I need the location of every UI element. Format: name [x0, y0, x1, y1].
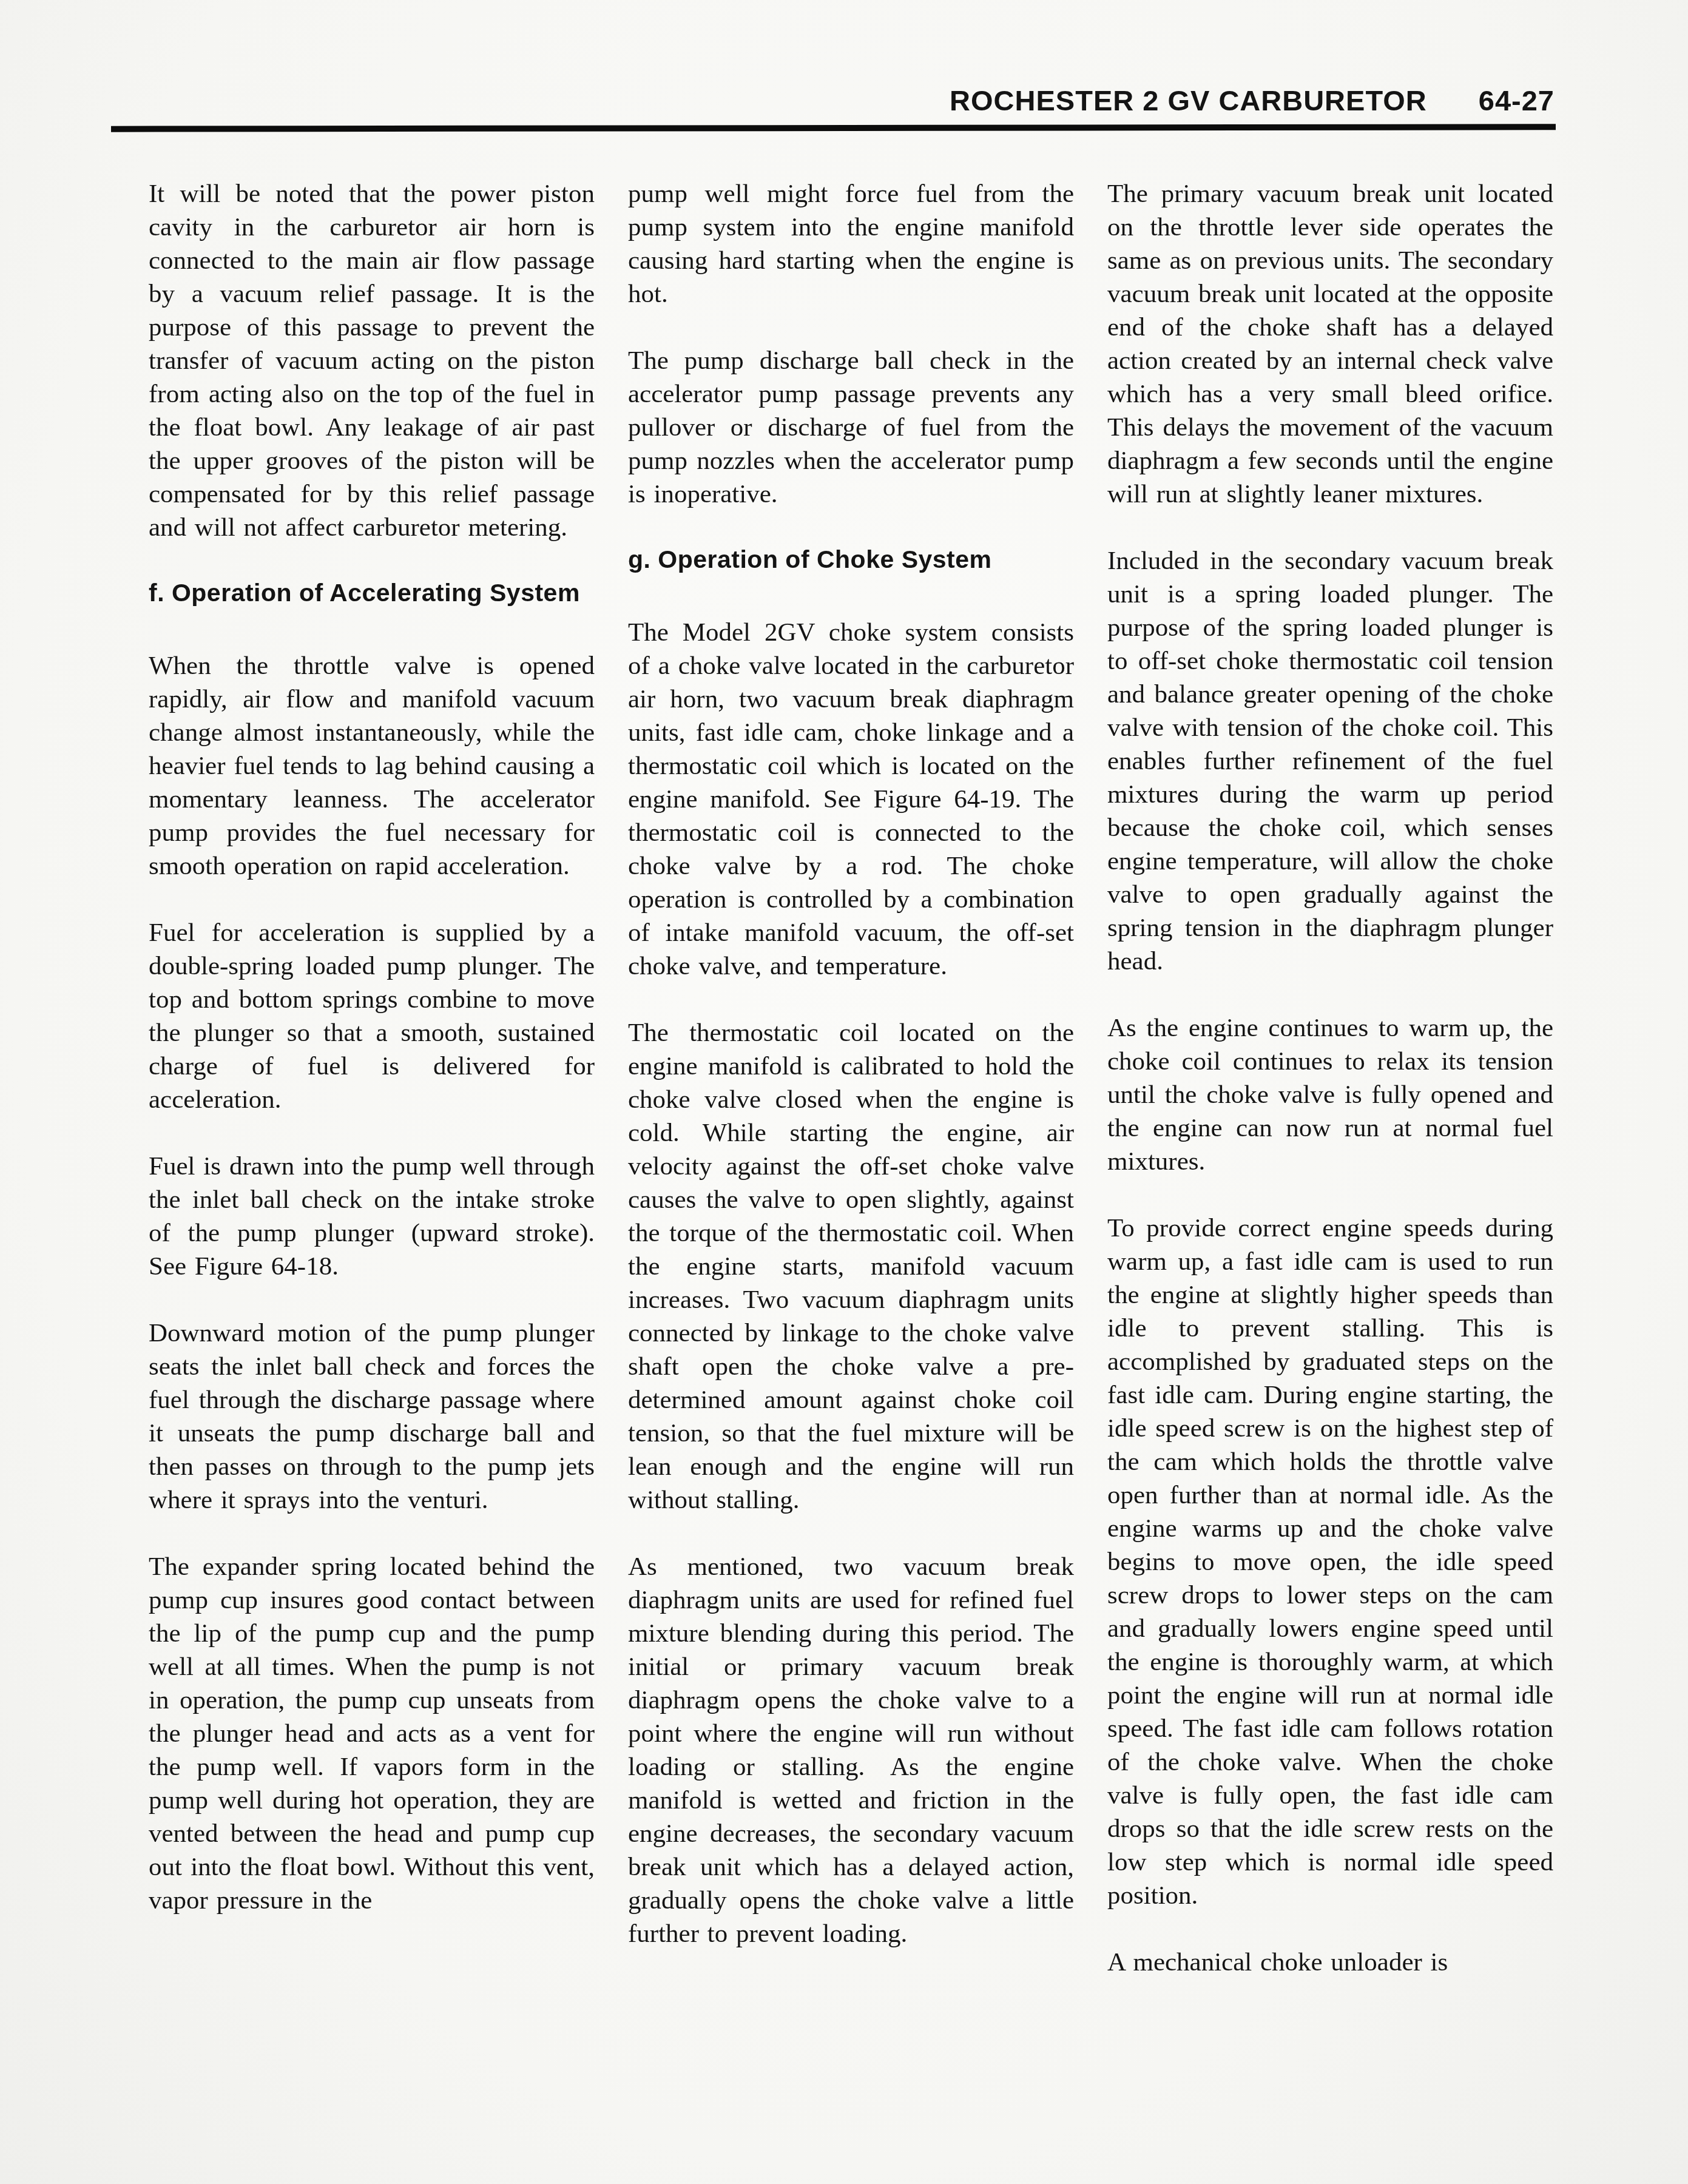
paragraph: A mechanical choke unloader is — [1107, 1946, 1553, 1979]
section-heading-accelerating-system: f. Operation of Accelerating System — [149, 578, 595, 608]
column-center: pump well might force fuel from the pump… — [628, 177, 1074, 1979]
text-columns: It will be noted that the power piston c… — [149, 177, 1553, 1979]
paragraph: Fuel for acceleration is supplied by a d… — [149, 916, 595, 1116]
header-title: ROCHESTER 2 GV CARBURETOR — [950, 84, 1427, 117]
paragraph: To provide correct engine speeds during … — [1107, 1212, 1553, 1912]
page-header: ROCHESTER 2 GV CARBURETOR 64-27 — [112, 84, 1555, 117]
paragraph: The Model 2GV choke system consists of a… — [628, 616, 1074, 983]
paragraph: It will be noted that the power piston c… — [149, 177, 595, 544]
paragraph: The thermostatic coil located on the eng… — [628, 1016, 1074, 1517]
paragraph: Downward motion of the pump plunger seat… — [149, 1316, 595, 1517]
header-rule — [111, 124, 1556, 132]
paragraph: The primary vacuum break unit located on… — [1107, 177, 1553, 511]
paragraph: The expander spring located behind the p… — [149, 1550, 595, 1917]
paragraph: Fuel is drawn into the pump well through… — [149, 1150, 595, 1283]
column-right: The primary vacuum break unit located on… — [1107, 177, 1553, 1979]
paragraph: As the engine continues to warm up, the … — [1107, 1011, 1553, 1178]
section-heading-choke-system: g. Operation of Choke System — [628, 544, 1074, 575]
paragraph: When the throttle valve is opened rapidl… — [149, 649, 595, 883]
column-left: It will be noted that the power piston c… — [149, 177, 595, 1979]
header-page-number: 64-27 — [1479, 84, 1555, 117]
paragraph: Included in the secondary vacuum break u… — [1107, 544, 1553, 978]
paragraph: The pump discharge ball check in the acc… — [628, 344, 1074, 511]
paragraph: As mentioned, two vacuum break diaphragm… — [628, 1550, 1074, 1950]
paragraph: pump well might force fuel from the pump… — [628, 177, 1074, 311]
manual-page: ROCHESTER 2 GV CARBURETOR 64-27 It will … — [0, 0, 1688, 2184]
